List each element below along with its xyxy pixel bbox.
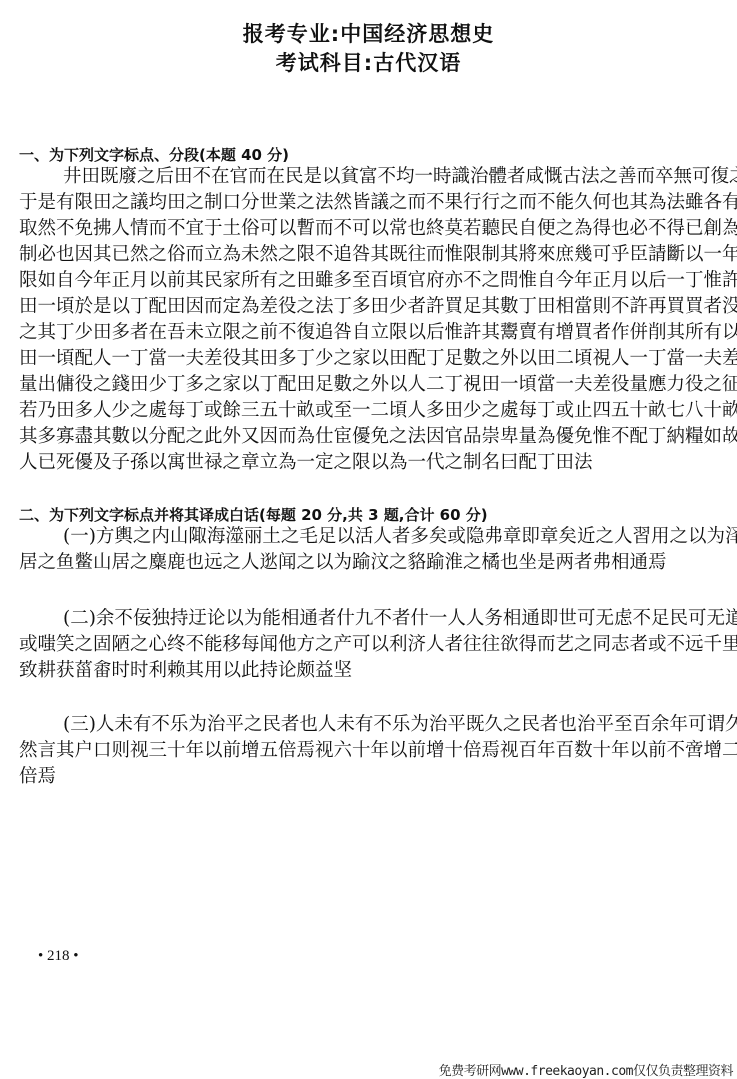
section-1-passage: 井田既廢之后田不在官而在民是以貧富不均一時識治體者咸慨古法之善而卒無可復之理 于… xyxy=(19,164,709,476)
passage-line: 制必也因其已然之俗而立為未然之限不追咎其既往而惟限制其將來庶幾可乎臣請斷以一年為 xyxy=(19,242,709,268)
passage-line: 取然不免拂人情而不宜于土俗可以暫而不可以常也終莫若聽民自便之為得也必不得已創為之 xyxy=(19,216,709,242)
page-number: • 218 • xyxy=(38,948,79,965)
question-2-3: (三)人未有不乐为治平之民者也人未有不乐为治平既久之民者也治平至百余年可谓久矣 … xyxy=(19,712,709,790)
passage-line: 其多寡盡其數以分配之此外又因而為仕宦優免之法因官品崇卑量為優免惟不配丁納糧如故其 xyxy=(19,424,709,450)
passage-line: 之其丁少田多者在吾未立限之前不復追咎自立限以后惟許其鬻賣有增買者作併削其所有以 xyxy=(19,320,709,346)
section-1-heading: 一、为下列文字标点、分段(本题 40 分) xyxy=(19,144,289,165)
passage-line: 田一頃於是以丁配田因而定為差役之法丁多田少者許買足其數丁田相當則不許再買買者没人 xyxy=(19,294,709,320)
passage-line: 若乃田多人少之處每丁或餘三五十畝或至一二頃人多田少之處每丁或止四五十畝七八十畝隨 xyxy=(19,398,709,424)
passage-line: 倍焉 xyxy=(19,764,709,790)
passage-line: (三)人未有不乐为治平之民者也人未有不乐为治平既久之民者也治平至百余年可谓久矣 xyxy=(19,712,709,738)
passage-line: 居之鱼鳖山居之麋鹿也远之人逖闻之以为踰汶之貉踰淮之橘也坐是两者弗相通焉 xyxy=(19,550,709,576)
passage-line: 量出傭役之錢田少丁多之家以丁配田足數之外以人二丁視田一頃當一夫差役量應力役之征 xyxy=(19,372,709,398)
passage-line: 田一頃配人一丁當一夫差役其田多丁少之家以田配丁足數之外以田二頃視人一丁當一夫差役 xyxy=(19,346,709,372)
passage-line: 人已死優及子孫以寓世禄之章立為一定之限以為一代之制名曰配丁田法 xyxy=(19,450,709,476)
passage-line: 于是有限田之議均田之制口分世業之法然皆議之而不果行行之而不能久何也其為法雖各有可 xyxy=(19,190,709,216)
passage-line: 然言其户口则视三十年以前增五倍焉视六十年以前增十倍焉视百年百数十年以前不啻增二十 xyxy=(19,738,709,764)
section-2-heading: 二、为下列文字标点并将其译成白话(每题 20 分,共 3 题,合计 60 分) xyxy=(19,504,488,525)
exam-subject-title: 考试科目:古代汉语 xyxy=(0,47,737,77)
passage-line: 致耕获菑畬时时利赖其用以此持论颇益坚 xyxy=(19,658,709,684)
passage-line: 井田既廢之后田不在官而在民是以貧富不均一時識治體者咸慨古法之善而卒無可復之理 xyxy=(19,164,709,190)
watermark-footer: 免费考研网www.freekaoyan.com仅仅负责整理资料 xyxy=(439,1060,733,1079)
passage-line: 或嗤笑之固陋之心终不能移每闻他方之产可以利济人者往往欲得而艺之同志者或不远千里而 xyxy=(19,632,709,658)
passage-line: (二)余不佞独持迂论以为能相通者什九不者什一人人务相通即世可无虑不足民可无道殣 xyxy=(19,606,709,632)
passage-line: (一)方輿之内山陬海澨丽土之毛足以活人者多矣或隐弗章即章矣近之人習用之以为泽 xyxy=(19,524,709,550)
passage-line: 限如自今年正月以前其民家所有之田雖多至百頃官府亦不之問惟自今年正月以后一丁惟許占 xyxy=(19,268,709,294)
exam-major-title: 报考专业:中国经济思想史 xyxy=(0,18,737,48)
question-2-2: (二)余不佞独持迂论以为能相通者什九不者什一人人务相通即世可无虑不足民可无道殣 … xyxy=(19,606,709,684)
question-2-1: (一)方輿之内山陬海澨丽土之毛足以活人者多矣或隐弗章即章矣近之人習用之以为泽 居… xyxy=(19,524,709,576)
